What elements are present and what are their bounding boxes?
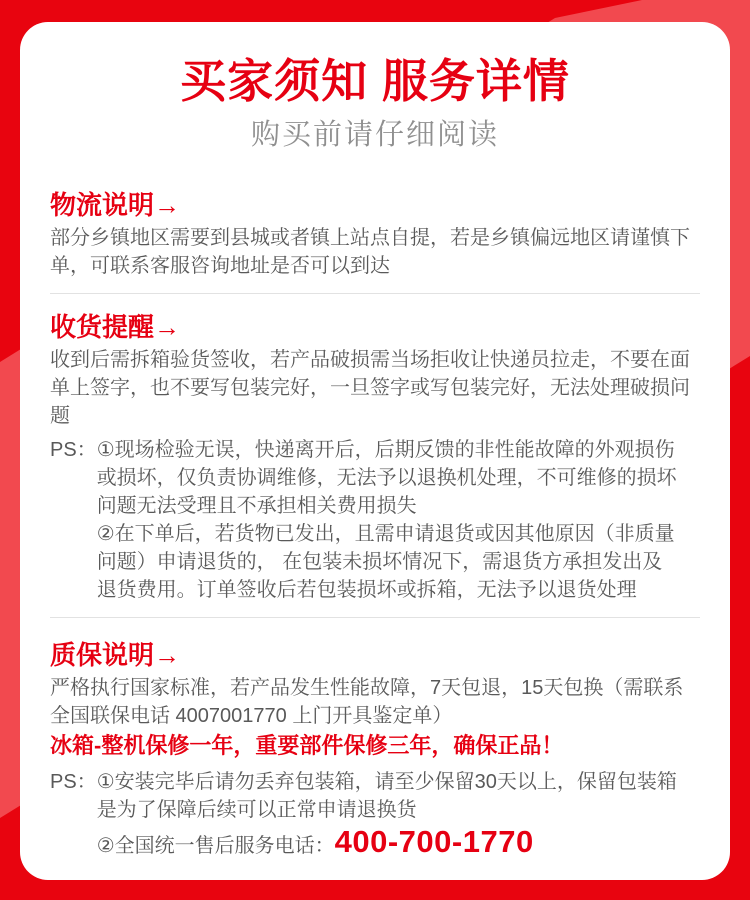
section-receiving-heading-text: 收货提醒 (50, 312, 154, 342)
receiving-ps-block: PS： ①现场检验无误，快递离开后，后期反馈的非性能故障的外观损伤 或损坏，仅负… (50, 436, 700, 604)
divider (50, 617, 700, 618)
ps-items: ①安装完毕后请勿丢弃包装箱，请至少保留30天以上，保留包装箱 是为了保障后续可以… (97, 768, 700, 864)
section-warranty-heading: 质保说明→ (50, 640, 700, 670)
ps-label: PS： (50, 768, 97, 864)
warranty-ps-block: PS： ①安装完毕后请勿丢弃包装箱，请至少保留30天以上，保留包装箱 是为了保障… (50, 768, 700, 864)
ps-label: PS： (50, 436, 97, 604)
phone-number: 400-700-1770 (335, 824, 534, 859)
ps-item-2: ②在下单后，若货物已发出，且需申请退货或因其他原因（非质量 问题）申请退货的， … (97, 520, 700, 604)
section-warranty-heading-text: 质保说明 (50, 640, 154, 670)
right-arrow-icon: → (154, 312, 180, 342)
page-title: 买家须知 服务详情 (50, 56, 700, 106)
buyer-notice-page: 买家须知 服务详情 购买前请仔细阅读 物流说明→ 部分乡镇地区需要到县城或者镇上… (0, 0, 750, 900)
ps-items: ①现场检验无误，快递离开后，后期反馈的非性能故障的外观损伤 或损坏，仅负责协调维… (97, 436, 700, 604)
right-arrow-icon: → (154, 190, 180, 220)
notice-card: 买家须知 服务详情 购买前请仔细阅读 物流说明→ 部分乡镇地区需要到县城或者镇上… (20, 22, 730, 880)
right-arrow-icon: → (154, 640, 180, 670)
section-receiving-body: 收到后需拆箱验货签收，若产品破损需当场拒收让快递员拉走，不要在面 单上签字，也不… (50, 346, 700, 430)
section-warranty: 质保说明→ 严格执行国家标准，若产品发生性能故障，7天包退，15天包换（需联系 … (50, 640, 700, 864)
section-receiving-heading: 收货提醒→ (50, 312, 700, 342)
ps-item-1: ①安装完毕后请勿丢弃包装箱，请至少保留30天以上，保留包装箱 是为了保障后续可以… (97, 768, 700, 824)
ps-item-1: ①现场检验无误，快递离开后，后期反馈的非性能故障的外观损伤 或损坏，仅负责协调维… (97, 436, 700, 520)
divider (50, 293, 700, 294)
section-logistics-heading: 物流说明→ (50, 190, 700, 220)
section-logistics: 物流说明→ 部分乡镇地区需要到县城或者镇上站点自提，若是乡镇偏远地区请谨慎下 单… (50, 190, 700, 280)
warranty-highlight: 冰箱-整机保修一年，重要部件保修三年，确保正品！ (50, 732, 700, 760)
phone-label: ②全国统一售后服务电话： (97, 835, 335, 857)
section-logistics-heading-text: 物流说明 (50, 190, 154, 220)
section-warranty-body: 严格执行国家标准，若产品发生性能故障，7天包退，15天包换（需联系 全国联保电话… (50, 674, 700, 730)
section-logistics-body: 部分乡镇地区需要到县城或者镇上站点自提，若是乡镇偏远地区请谨慎下 单，可联系客服… (50, 224, 700, 280)
page-subtitle: 购买前请仔细阅读 (50, 118, 700, 152)
section-receiving: 收货提醒→ 收到后需拆箱验货签收，若产品破损需当场拒收让快递员拉走，不要在面 单… (50, 312, 700, 604)
after-sales-phone-line: ②全国统一售后服务电话：400-700-1770 (97, 824, 700, 864)
